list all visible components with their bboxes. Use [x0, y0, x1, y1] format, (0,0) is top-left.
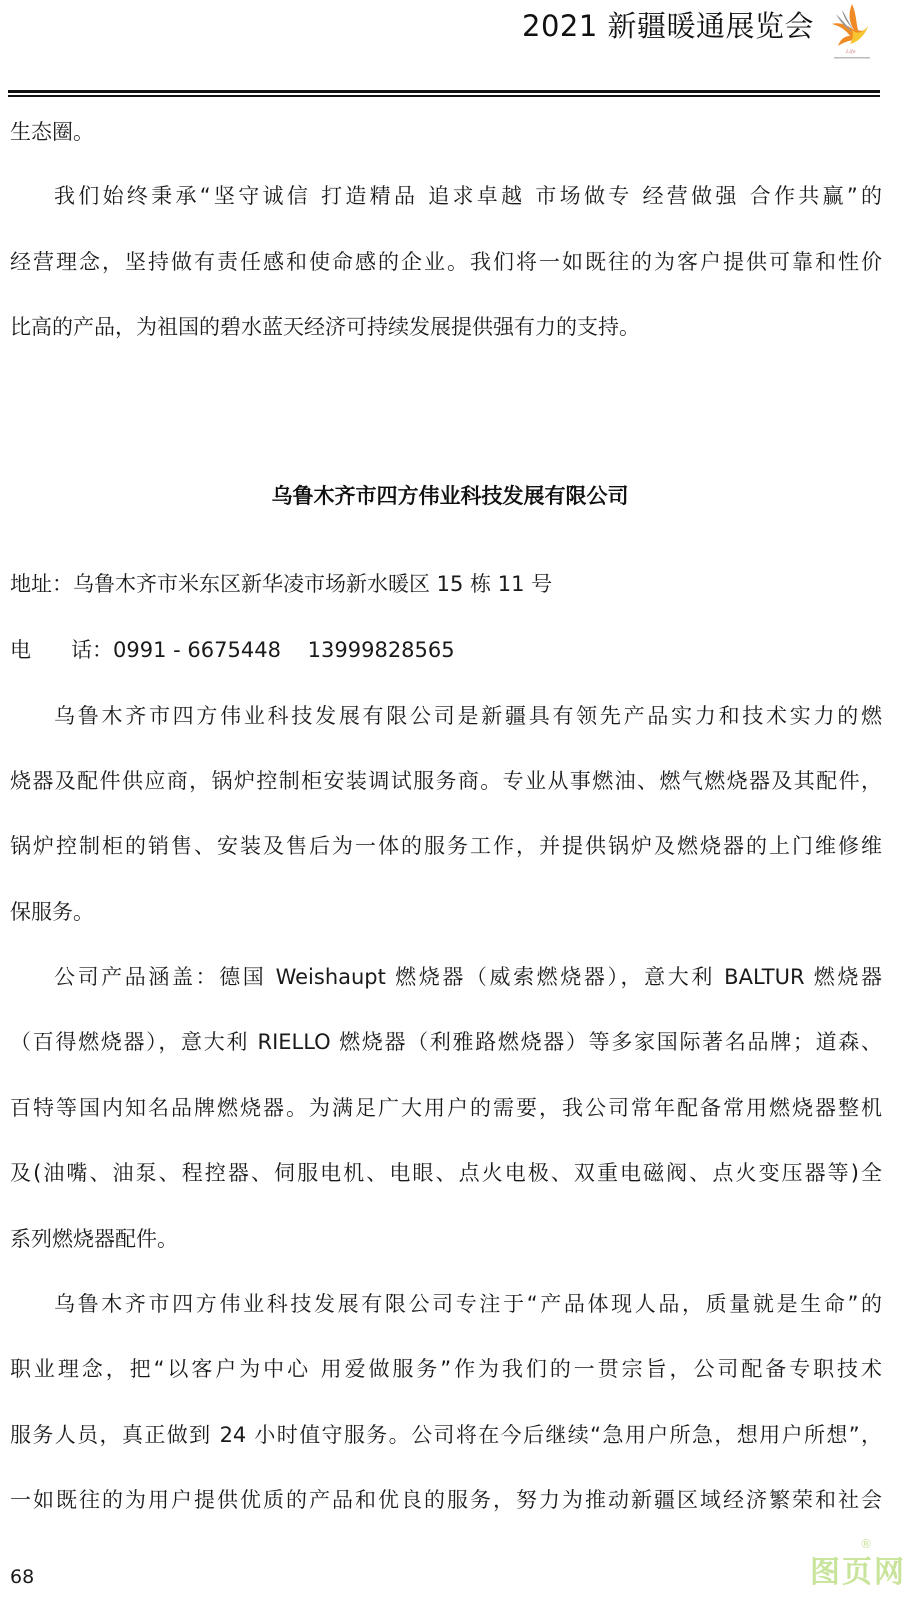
company-address: 地址：乌鲁木齐市米东区新华凌市场新水暖区 15 栋 11 号 [10, 570, 880, 598]
text-line: 我们始终秉承“坚守诚信 打造精品 追求卓越 市场做专 经营做强 合作共赢”的 [54, 182, 882, 210]
text-line: 一如既往的为用户提供优质的产品和优良的服务，努力为推动新疆区域经济繁荣和社会 [10, 1486, 882, 1514]
text-line: （百得燃烧器），意大利 RIELLO 燃烧器（利雅路燃烧器）等多家国际著名品牌；… [10, 1028, 882, 1056]
phoenix-logo-icon: Life [822, 0, 884, 62]
watermark: 图页网 [810, 1547, 906, 1591]
header-divider [8, 95, 880, 97]
text-line: 服务人员，真正做到 24 小时值守服务。公司将在今后继续“急用户所急，想用户所想… [10, 1421, 882, 1449]
header-divider [8, 90, 880, 93]
text-line: 锅炉控制柜的销售、安装及售后为一体的服务工作，并提供锅炉及燃烧器的上门维修维 [10, 832, 882, 860]
text-line: 经营理念，坚持做有责任感和使命感的企业。我们将一如既往的为客户提供可靠和性价 [10, 248, 882, 276]
header-title: 2021 新疆暖通展览会 [522, 8, 814, 44]
registered-mark-icon: ® [860, 1537, 872, 1551]
text-line: 保服务。 [10, 898, 880, 926]
text-line: 生态圈。 [10, 118, 880, 146]
company-title: 乌鲁木齐市四方伟业科技发展有限公司 [0, 482, 900, 510]
text-line: 公司产品涵盖：德国 Weishaupt 燃烧器（威索燃烧器），意大利 BALTU… [54, 963, 882, 991]
text-line: 比高的产品，为祖国的碧水蓝天经济可持续发展提供强有力的支持。 [10, 313, 880, 341]
text-line: 及(油嘴、油泵、程控器、伺服电机、电眼、点火电极、双重电磁阀、点火变压器等)全 [10, 1159, 882, 1187]
text-line: 烧器及配件供应商，锅炉控制柜安装调试服务商。专业从事燃油、燃气燃烧器及其配件， [10, 767, 882, 795]
svg-text:Life: Life [845, 49, 856, 55]
text-line: 乌鲁木齐市四方伟业科技发展有限公司是新疆具有领先产品实力和技术实力的燃 [54, 702, 882, 730]
text-line: 职业理念，把“以客户为中心 用爱做服务”作为我们的一贯宗旨，公司配备专职技术 [10, 1355, 882, 1383]
text-line: 系列燃烧器配件。 [10, 1225, 880, 1253]
company-phone: 电 话：0991 - 6675448 13999828565 [10, 636, 880, 664]
text-line: 乌鲁木齐市四方伟业科技发展有限公司专注于“产品体现人品，质量就是生命”的 [54, 1290, 882, 1318]
page-number: 68 [10, 1566, 34, 1588]
text-line: 百特等国内知名品牌燃烧器。为满足广大用户的需要，我公司常年配备常用燃烧器整机 [10, 1094, 882, 1122]
